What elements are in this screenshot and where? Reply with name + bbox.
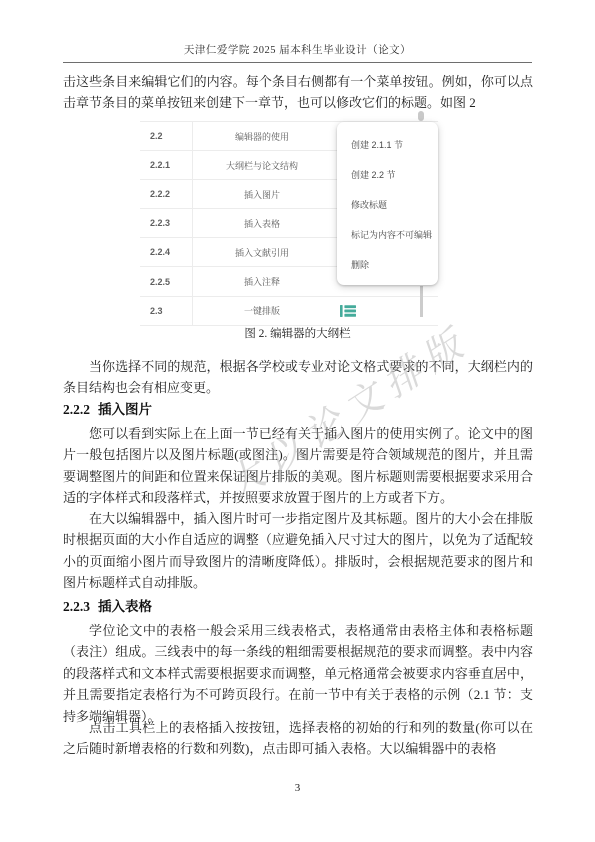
menu-item-rename[interactable]: 修改标题 [337, 189, 438, 219]
paragraph-insert-image-1: 您可以看到实际上在上面一节已经有关于插入图片的使用实例了。论文中的图片一般包括图… [63, 423, 533, 509]
heading-title: 插入表格 [98, 599, 152, 614]
heading-number: 2.2.2 [63, 402, 90, 417]
figure-caption: 图 2. 编辑器的大纲栏 [0, 325, 595, 341]
outline-row-number: 2.2.4 [140, 238, 192, 266]
outline-row[interactable]: 2.3 一键排版 [140, 297, 438, 326]
paragraph-intro: 击这些条目来编辑它们的内容。每个条目右侧都有一个菜单按钮。例如，你可以点击章节条… [63, 71, 533, 114]
outline-row-number: 2.2.2 [140, 180, 192, 208]
outline-row-number: 2.2.1 [140, 151, 192, 179]
outline-row-partial [140, 112, 438, 122]
scrollbar-track[interactable] [420, 286, 423, 317]
menu-item-delete[interactable]: 删除 [337, 249, 438, 279]
heading-2-2-3: 2.2.3插入表格 [63, 595, 533, 615]
menu-item-create-section[interactable]: 创建 2.2 节 [337, 159, 438, 189]
document-page: 大以论文排版 天津仁爱学院 2025 届本科生毕业设计（论文） 击这些条目来编辑… [0, 0, 595, 842]
scrollbar-thumb[interactable] [418, 111, 424, 121]
outline-row-title: 编辑器的使用 [192, 122, 331, 150]
paragraph-insert-image-2: 在大以编辑器中，插入图片时可一步指定图片及其标题。图片的大小会在排版时根据页面的… [63, 508, 533, 594]
paragraph-insert-table-1: 学位论文中的表格一般会采用三线表格式，表格通常由表格主体和表格标题（表注）组成。… [63, 620, 533, 727]
outline-row-title: 插入文献引用 [192, 238, 331, 266]
outline-row-number: 2.2 [140, 122, 192, 150]
outline-row-number: 2.3 [140, 297, 192, 325]
outline-row-number: 2.2.3 [140, 209, 192, 237]
section-context-menu: 创建 2.1.1 节 创建 2.2 节 修改标题 标记为内容不可编辑 删除 [337, 122, 438, 285]
outline-row-title: 插入注释 [192, 267, 331, 295]
page-header: 天津仁爱学院 2025 届本科生毕业设计（论文） [63, 42, 532, 63]
outline-row-number: 2.2.5 [140, 267, 192, 295]
heading-number: 2.2.3 [63, 599, 90, 614]
heading-2-2-2: 2.2.2插入图片 [63, 398, 533, 418]
outline-row-title: 大纲栏与论文结构 [192, 151, 331, 179]
outline-row-title: 插入图片 [192, 180, 331, 208]
paragraph-after-figure: 当你选择不同的规范，根据各学校或专业对论文格式要求的不同，大纲栏内的条目结构也会… [63, 356, 533, 399]
menu-item-create-subsection[interactable]: 创建 2.1.1 节 [337, 129, 438, 159]
outline-row-title: 一键排版 [192, 297, 331, 325]
heading-title: 插入图片 [98, 402, 152, 417]
paragraph-insert-table-2: 点击工具栏上的表格插入按按钮，选择表格的初始的行和列的数量(你可以在之后随时新增… [63, 717, 533, 760]
one-click-format-icon[interactable] [340, 305, 356, 317]
page-number: 3 [0, 782, 595, 794]
menu-item-mark-readonly[interactable]: 标记为内容不可编辑 [337, 219, 438, 249]
outline-row-title: 插入表格 [192, 209, 331, 237]
